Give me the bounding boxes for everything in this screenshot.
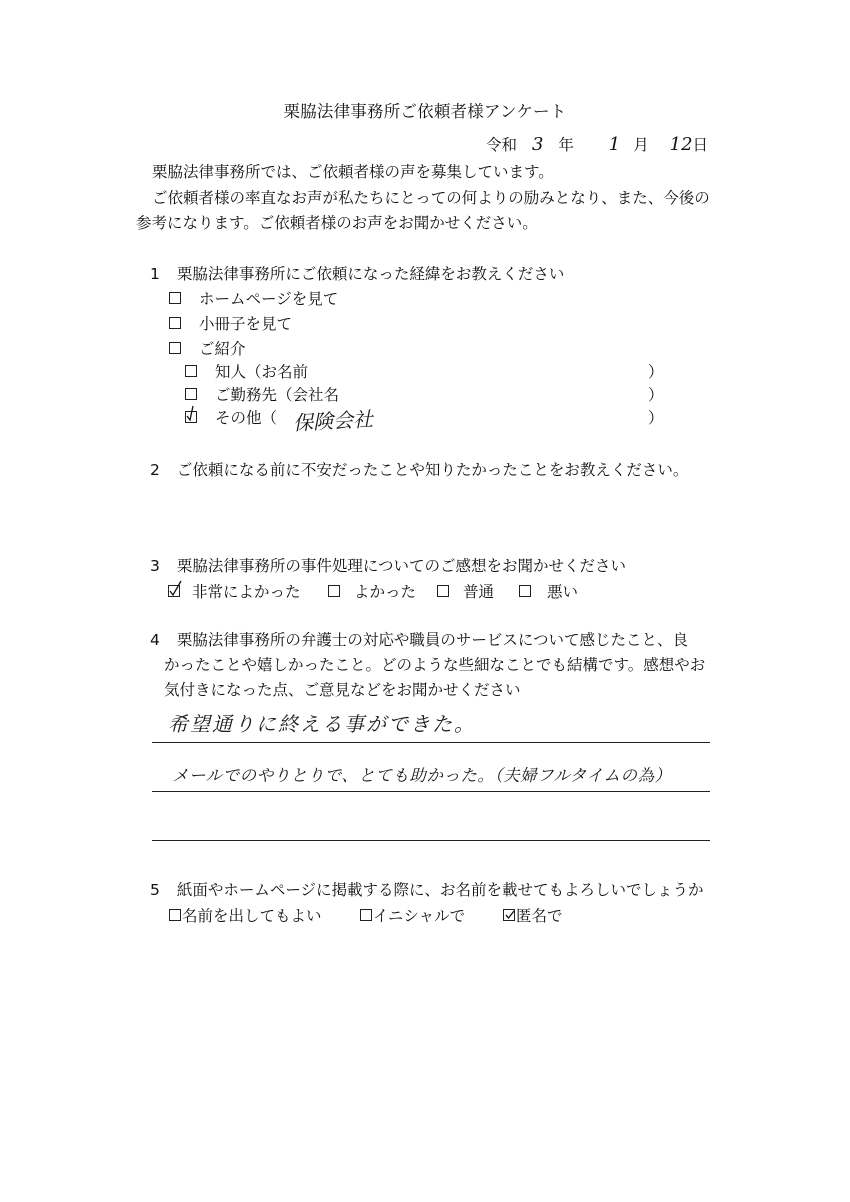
q4-answer-line-1[interactable]: 希望通りに終える事ができた。 <box>168 708 476 737</box>
checkbox[interactable] <box>519 585 531 597</box>
checkbox[interactable] <box>169 342 181 354</box>
q1-heading: 1 栗脇法律事務所にご依頼になった経緯をお教えください <box>150 262 564 284</box>
checkbox[interactable] <box>437 585 449 597</box>
checkbox-checked[interactable] <box>185 411 197 423</box>
document-title: 栗脇法律事務所ご依頼者様アンケート <box>0 98 850 122</box>
q2-question: ご依頼になる前に不安だったことや知りたかったことをお教えください。 <box>177 461 689 479</box>
date-month-label: 月 <box>633 136 649 154</box>
option-label: 知人（お名前 <box>215 360 308 382</box>
q3-option-good[interactable]: よかった <box>328 580 416 602</box>
q1-question: 栗脇法律事務所にご依頼になった経緯をお教えください <box>177 265 565 283</box>
q1-option-referral[interactable]: ご紹介 <box>169 337 246 359</box>
checkbox-checked[interactable] <box>503 909 515 921</box>
option-label: 名前を出してもよい <box>182 904 322 926</box>
date-day-value[interactable]: 12 <box>670 134 693 155</box>
checkbox[interactable] <box>169 909 181 921</box>
q3-option-very-good[interactable]: 非常によかった <box>168 580 301 602</box>
option-label: 普通 <box>463 580 494 602</box>
q4-number: 4 <box>150 631 160 649</box>
q1-option-booklet[interactable]: 小冊子を見て <box>169 312 292 334</box>
q3-option-average[interactable]: 普通 <box>437 580 494 602</box>
date-year-value[interactable]: 3 <box>532 134 543 155</box>
option-label: 匿名で <box>516 904 563 926</box>
date-month-value[interactable]: 1 <box>609 134 620 155</box>
q5-number: 5 <box>150 881 160 899</box>
checkbox-checked[interactable] <box>168 585 180 597</box>
date-day-label: 日 <box>693 136 709 154</box>
q4-question-line-2: かったことや嬉しかったこと。どのような些細なことでも結構です。感想やお <box>164 653 705 675</box>
q5-heading: 5 紙面やホームページに掲載する際に、お名前を載せてもよろしいでしょうか <box>150 878 704 900</box>
date-era: 令和 <box>486 136 517 154</box>
q4-question-line-3: 気付きになった点、ご意見などをお聞かせください <box>164 678 521 700</box>
checkbox[interactable] <box>360 909 372 921</box>
close-paren: ） <box>648 360 664 382</box>
q1-option-homepage[interactable]: ホームページを見て <box>169 287 338 309</box>
checkbox[interactable] <box>169 317 181 329</box>
option-label: ご勤務先（会社名 <box>215 383 339 405</box>
q3-number: 3 <box>150 557 160 575</box>
q2-heading: 2 ご依頼になる前に不安だったことや知りたかったことをお教えください。 <box>150 458 688 480</box>
q5-option-real-name[interactable]: 名前を出してもよい <box>169 904 322 926</box>
checkbox[interactable] <box>328 585 340 597</box>
q3-option-bad[interactable]: 悪い <box>519 580 578 602</box>
date-year-label: 年 <box>558 136 574 154</box>
option-label: イニシャルで <box>373 904 465 926</box>
close-paren: ） <box>648 383 664 405</box>
intro-line-2: ご依頼者様の率直なお声が私たちにとっての何よりの励みとなり、また、今後の <box>152 186 710 208</box>
q1-sub-option-acquaintance[interactable]: 知人（お名前 <box>185 360 308 382</box>
option-label: 非常によかった <box>192 580 301 602</box>
answer-rule <box>152 791 710 792</box>
q2-answer-area[interactable] <box>152 485 710 535</box>
close-paren: ） <box>648 406 664 428</box>
option-label: よかった <box>354 580 416 602</box>
q4-heading: 4 栗脇法律事務所の弁護士の対応や職員のサービスについて感じたこと、良 <box>150 628 688 650</box>
q4-answer-line-2[interactable]: メールでのやりとりで、とても助かった。（夫婦フルタイムの為） <box>172 762 671 786</box>
answer-rule <box>152 742 710 743</box>
q1-number: 1 <box>150 265 160 283</box>
q3-question: 栗脇法律事務所の事件処理についてのご感想をお聞かせください <box>177 557 626 575</box>
option-label: ご紹介 <box>199 337 246 359</box>
intro-line-1: 栗脇法律事務所では、ご依頼者様の声を募集しています。 <box>152 160 554 182</box>
date-line: 令和 3 年 1 月 12日 <box>486 133 708 155</box>
checkmark-icon <box>502 902 516 920</box>
checkmark-icon <box>184 404 198 422</box>
q5-question: 紙面やホームページに掲載する際に、お名前を載せてもよろしいでしょうか <box>177 881 704 899</box>
q5-option-anonymous[interactable]: 匿名で <box>503 904 563 926</box>
q5-option-initials[interactable]: イニシャルで <box>360 904 465 926</box>
checkbox[interactable] <box>185 388 197 400</box>
option-label: 小冊子を見て <box>199 312 292 334</box>
q1-sub-option-workplace[interactable]: ご勤務先（会社名 <box>185 383 339 405</box>
option-label: 悪い <box>547 580 578 602</box>
q4-question-line-1: 栗脇法律事務所の弁護士の対応や職員のサービスについて感じたこと、良 <box>177 631 688 649</box>
q3-heading: 3 栗脇法律事務所の事件処理についてのご感想をお聞かせください <box>150 554 626 576</box>
option-label: ホームページを見て <box>199 287 338 309</box>
answer-rule <box>152 840 710 841</box>
q1-other-answer[interactable]: 保険会社 <box>292 403 373 436</box>
checkbox[interactable] <box>169 292 181 304</box>
q1-sub-option-other[interactable]: その他（ <box>185 406 277 428</box>
intro-line-3: 参考になります。ご依頼者様のお声をお聞かせください。 <box>136 211 538 233</box>
checkmark-icon <box>167 578 183 596</box>
option-label: その他（ <box>215 406 277 428</box>
q2-number: 2 <box>150 461 160 479</box>
checkbox[interactable] <box>185 365 197 377</box>
